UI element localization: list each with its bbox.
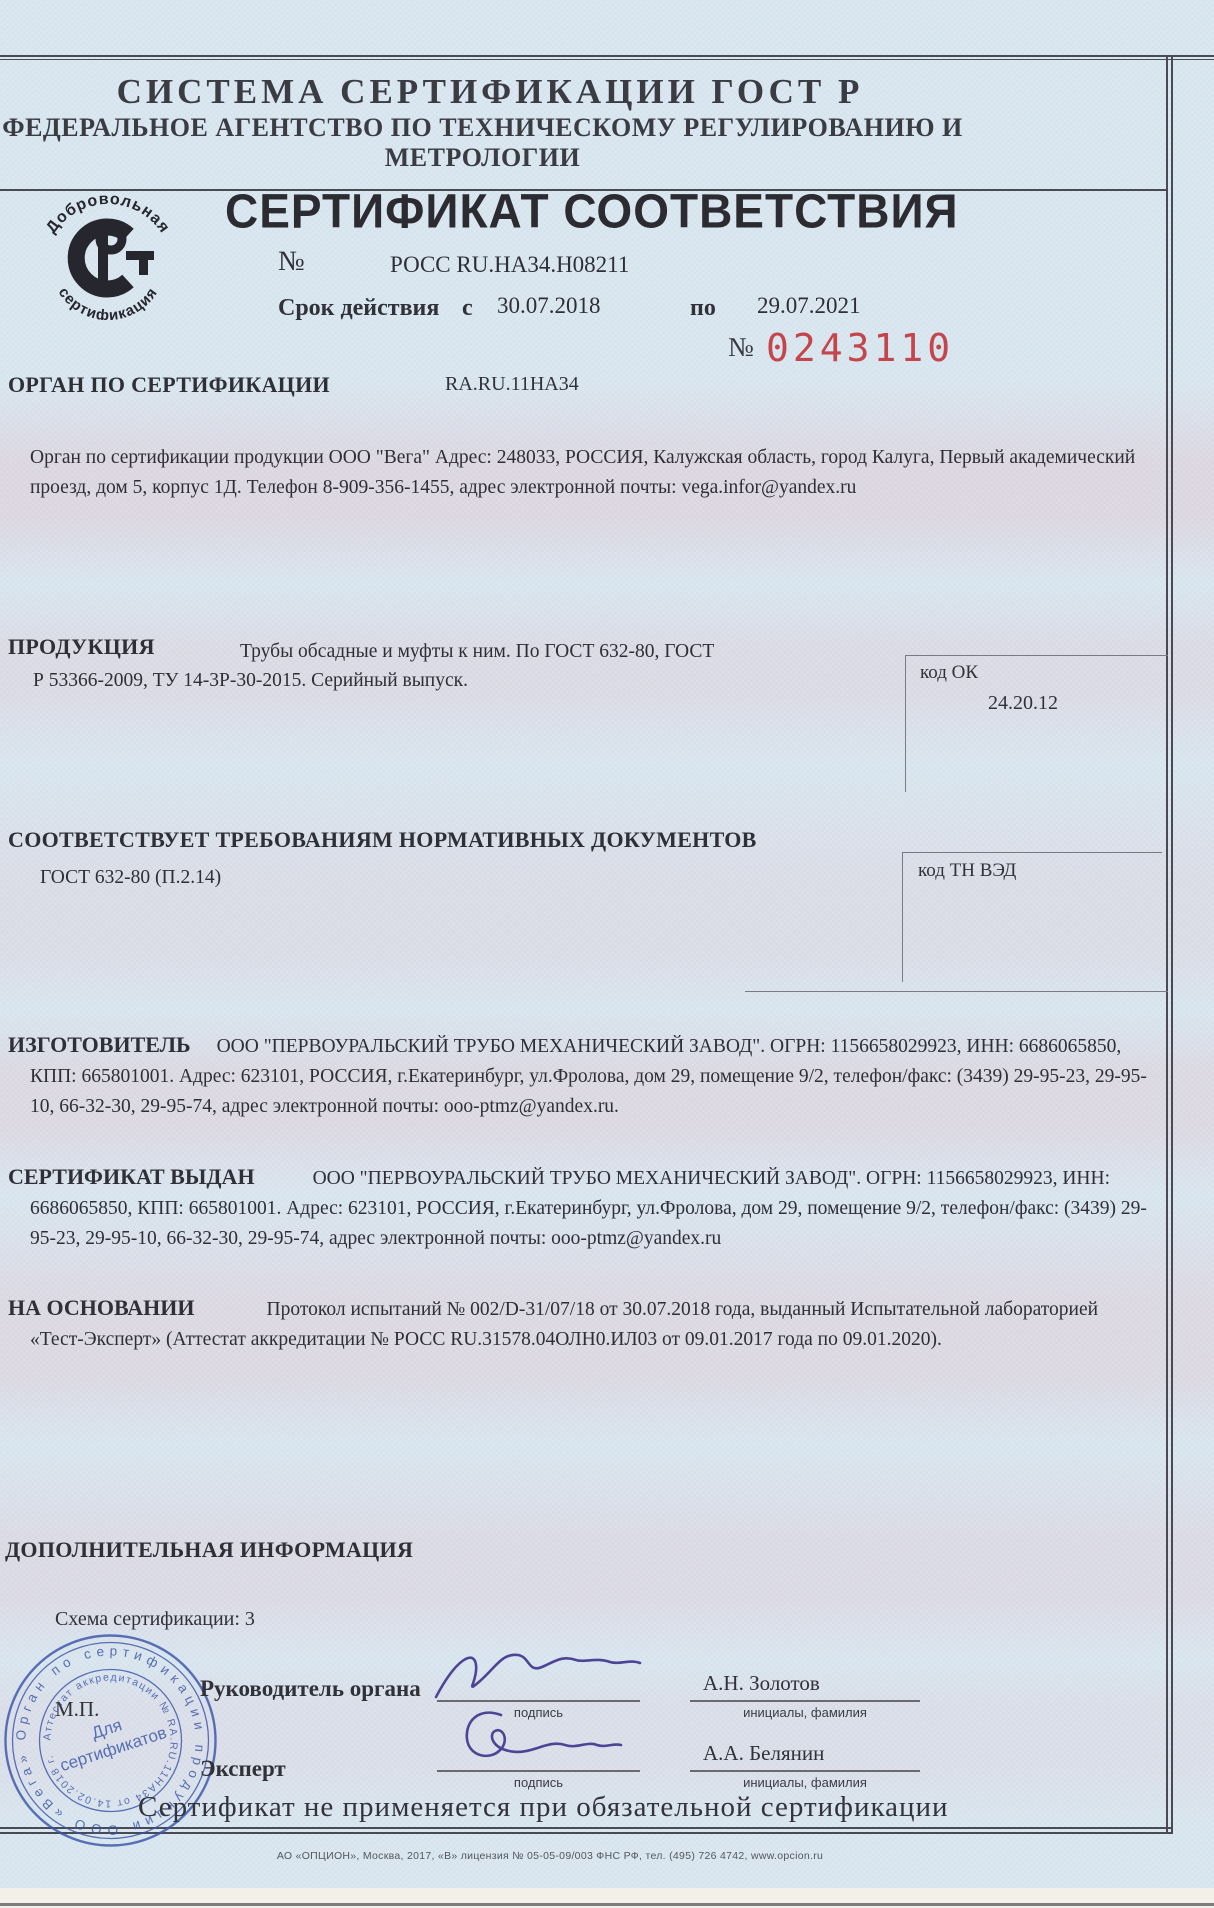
not-for-mandatory-note: Сертификат не применяется при обязательн… bbox=[138, 1791, 949, 1824]
basis-section: НА ОСНОВАНИИПротокол испытаний № 002/D-3… bbox=[30, 1291, 1150, 1355]
product-section-label: ПРОДУКЦИЯ bbox=[8, 634, 155, 660]
head-name-line bbox=[690, 1700, 920, 1702]
product-line2: Р 53366-2009, ТУ 14-3Р-30-2015. Серийный… bbox=[33, 666, 468, 696]
certificate-number: РОСС RU.НА34.Н08211 bbox=[390, 252, 629, 278]
manufacturer-label: ИЗГОТОВИТЕЛЬ bbox=[8, 1032, 191, 1057]
right-rule-outer bbox=[1166, 56, 1168, 1834]
tnved-box-left-line bbox=[902, 852, 903, 982]
conformity-section-label: СООТВЕТСТВУЕТ ТРЕБОВАНИЯМ НОРМАТИВНЫХ ДО… bbox=[8, 827, 757, 853]
header-system-title: СИСТЕМА СЕРТИФИКАЦИИ ГОСТ Р bbox=[0, 72, 980, 112]
expert-signature-line bbox=[437, 1770, 640, 1772]
validity-from-label: с bbox=[462, 295, 473, 322]
tnved-code-label: код ТН ВЭД bbox=[918, 860, 1016, 882]
tnved-box-top-line bbox=[902, 852, 1162, 853]
ok-code-label: код ОК bbox=[920, 662, 978, 684]
product-line1: Трубы обсадные и муфты к ним. По ГОСТ 63… bbox=[240, 637, 714, 667]
ok-box-top-line bbox=[905, 655, 1168, 656]
body-accreditation-code: RA.RU.11НА34 bbox=[445, 373, 579, 396]
form-number: 0243110 bbox=[766, 326, 954, 370]
expert-signature bbox=[435, 1705, 655, 1777]
manufacturer-section: ИЗГОТОВИТЕЛЬООО "ПЕРВОУРАЛЬСКИЙ ТРУБО МЕ… bbox=[30, 1028, 1160, 1123]
expert-name-caption: инициалы, фамилия bbox=[690, 1775, 920, 1790]
manufacturer-text: ООО "ПЕРВОУРАЛЬСКИЙ ТРУБО МЕХАНИЧЕСКИЙ З… bbox=[30, 1036, 1147, 1117]
rst-mark-icon bbox=[76, 227, 154, 289]
expert-name-line bbox=[690, 1770, 920, 1772]
header-agency-title: ФЕДЕРАЛЬНОЕ АГЕНТСТВО ПО ТЕХНИЧЕСКОМУ РЕ… bbox=[0, 113, 965, 173]
top-rule-thick bbox=[0, 55, 1214, 57]
expert-name: А.А. Белянин bbox=[703, 1741, 824, 1766]
scan-bottom-edge bbox=[0, 1903, 1214, 1906]
head-name: А.Н. Золотов bbox=[703, 1671, 820, 1696]
expert-label: Эксперт bbox=[200, 1756, 286, 1782]
body-section-text: Орган по сертификации продукции ООО "Вег… bbox=[30, 443, 1155, 503]
head-name-caption: инициалы, фамилия bbox=[690, 1705, 920, 1720]
expert-sign-caption: подпись bbox=[437, 1775, 640, 1790]
rst-logo: Добровольная сертификация bbox=[28, 180, 188, 320]
head-signature-line bbox=[437, 1700, 640, 1702]
tnved-bottom-line bbox=[745, 991, 1168, 992]
right-rule-inner bbox=[1171, 56, 1173, 1834]
top-rule-thin bbox=[0, 59, 1214, 60]
ok-code-value: 24.20.12 bbox=[988, 692, 1058, 715]
ok-box-left-line bbox=[905, 655, 906, 792]
additional-section-label: ДОПОЛНИТЕЛЬНАЯ ИНФОРМАЦИЯ bbox=[5, 1537, 413, 1563]
basis-label: НА ОСНОВАНИИ bbox=[8, 1295, 195, 1320]
validity-label: Срок действия bbox=[278, 295, 439, 322]
validity-to-label: по bbox=[690, 295, 716, 322]
validity-to-date: 29.07.2021 bbox=[757, 293, 861, 319]
head-of-body-label: Руководитель органа bbox=[200, 1676, 421, 1702]
conformity-text: ГОСТ 632-80 (П.2.14) bbox=[40, 863, 221, 893]
issued-label: СЕРТИФИКАТ ВЫДАН bbox=[8, 1164, 255, 1189]
document-title: СЕРТИФИКАТ СООТВЕТСТВИЯ bbox=[225, 183, 959, 239]
printer-imprint: АО «ОПЦИОН», Москва, 2017, «В» лицензия … bbox=[0, 1850, 1100, 1862]
head-signature bbox=[430, 1645, 650, 1705]
certificate-page: СИСТЕМА СЕРТИФИКАЦИИ ГОСТ Р ФЕДЕРАЛЬНОЕ … bbox=[0, 0, 1214, 1908]
issued-section: СЕРТИФИКАТ ВЫДАНООО "ПЕРВОУРАЛЬСКИЙ ТРУБ… bbox=[30, 1160, 1160, 1255]
body-section-label: ОРГАН ПО СЕРТИФИКАЦИИ bbox=[8, 372, 330, 398]
round-stamp: Орган по сертификации продукции ООО «Вег… bbox=[0, 1618, 233, 1863]
validity-from-date: 30.07.2018 bbox=[497, 293, 601, 319]
number-sign: № bbox=[278, 246, 305, 278]
form-number-sign: № bbox=[728, 332, 754, 363]
